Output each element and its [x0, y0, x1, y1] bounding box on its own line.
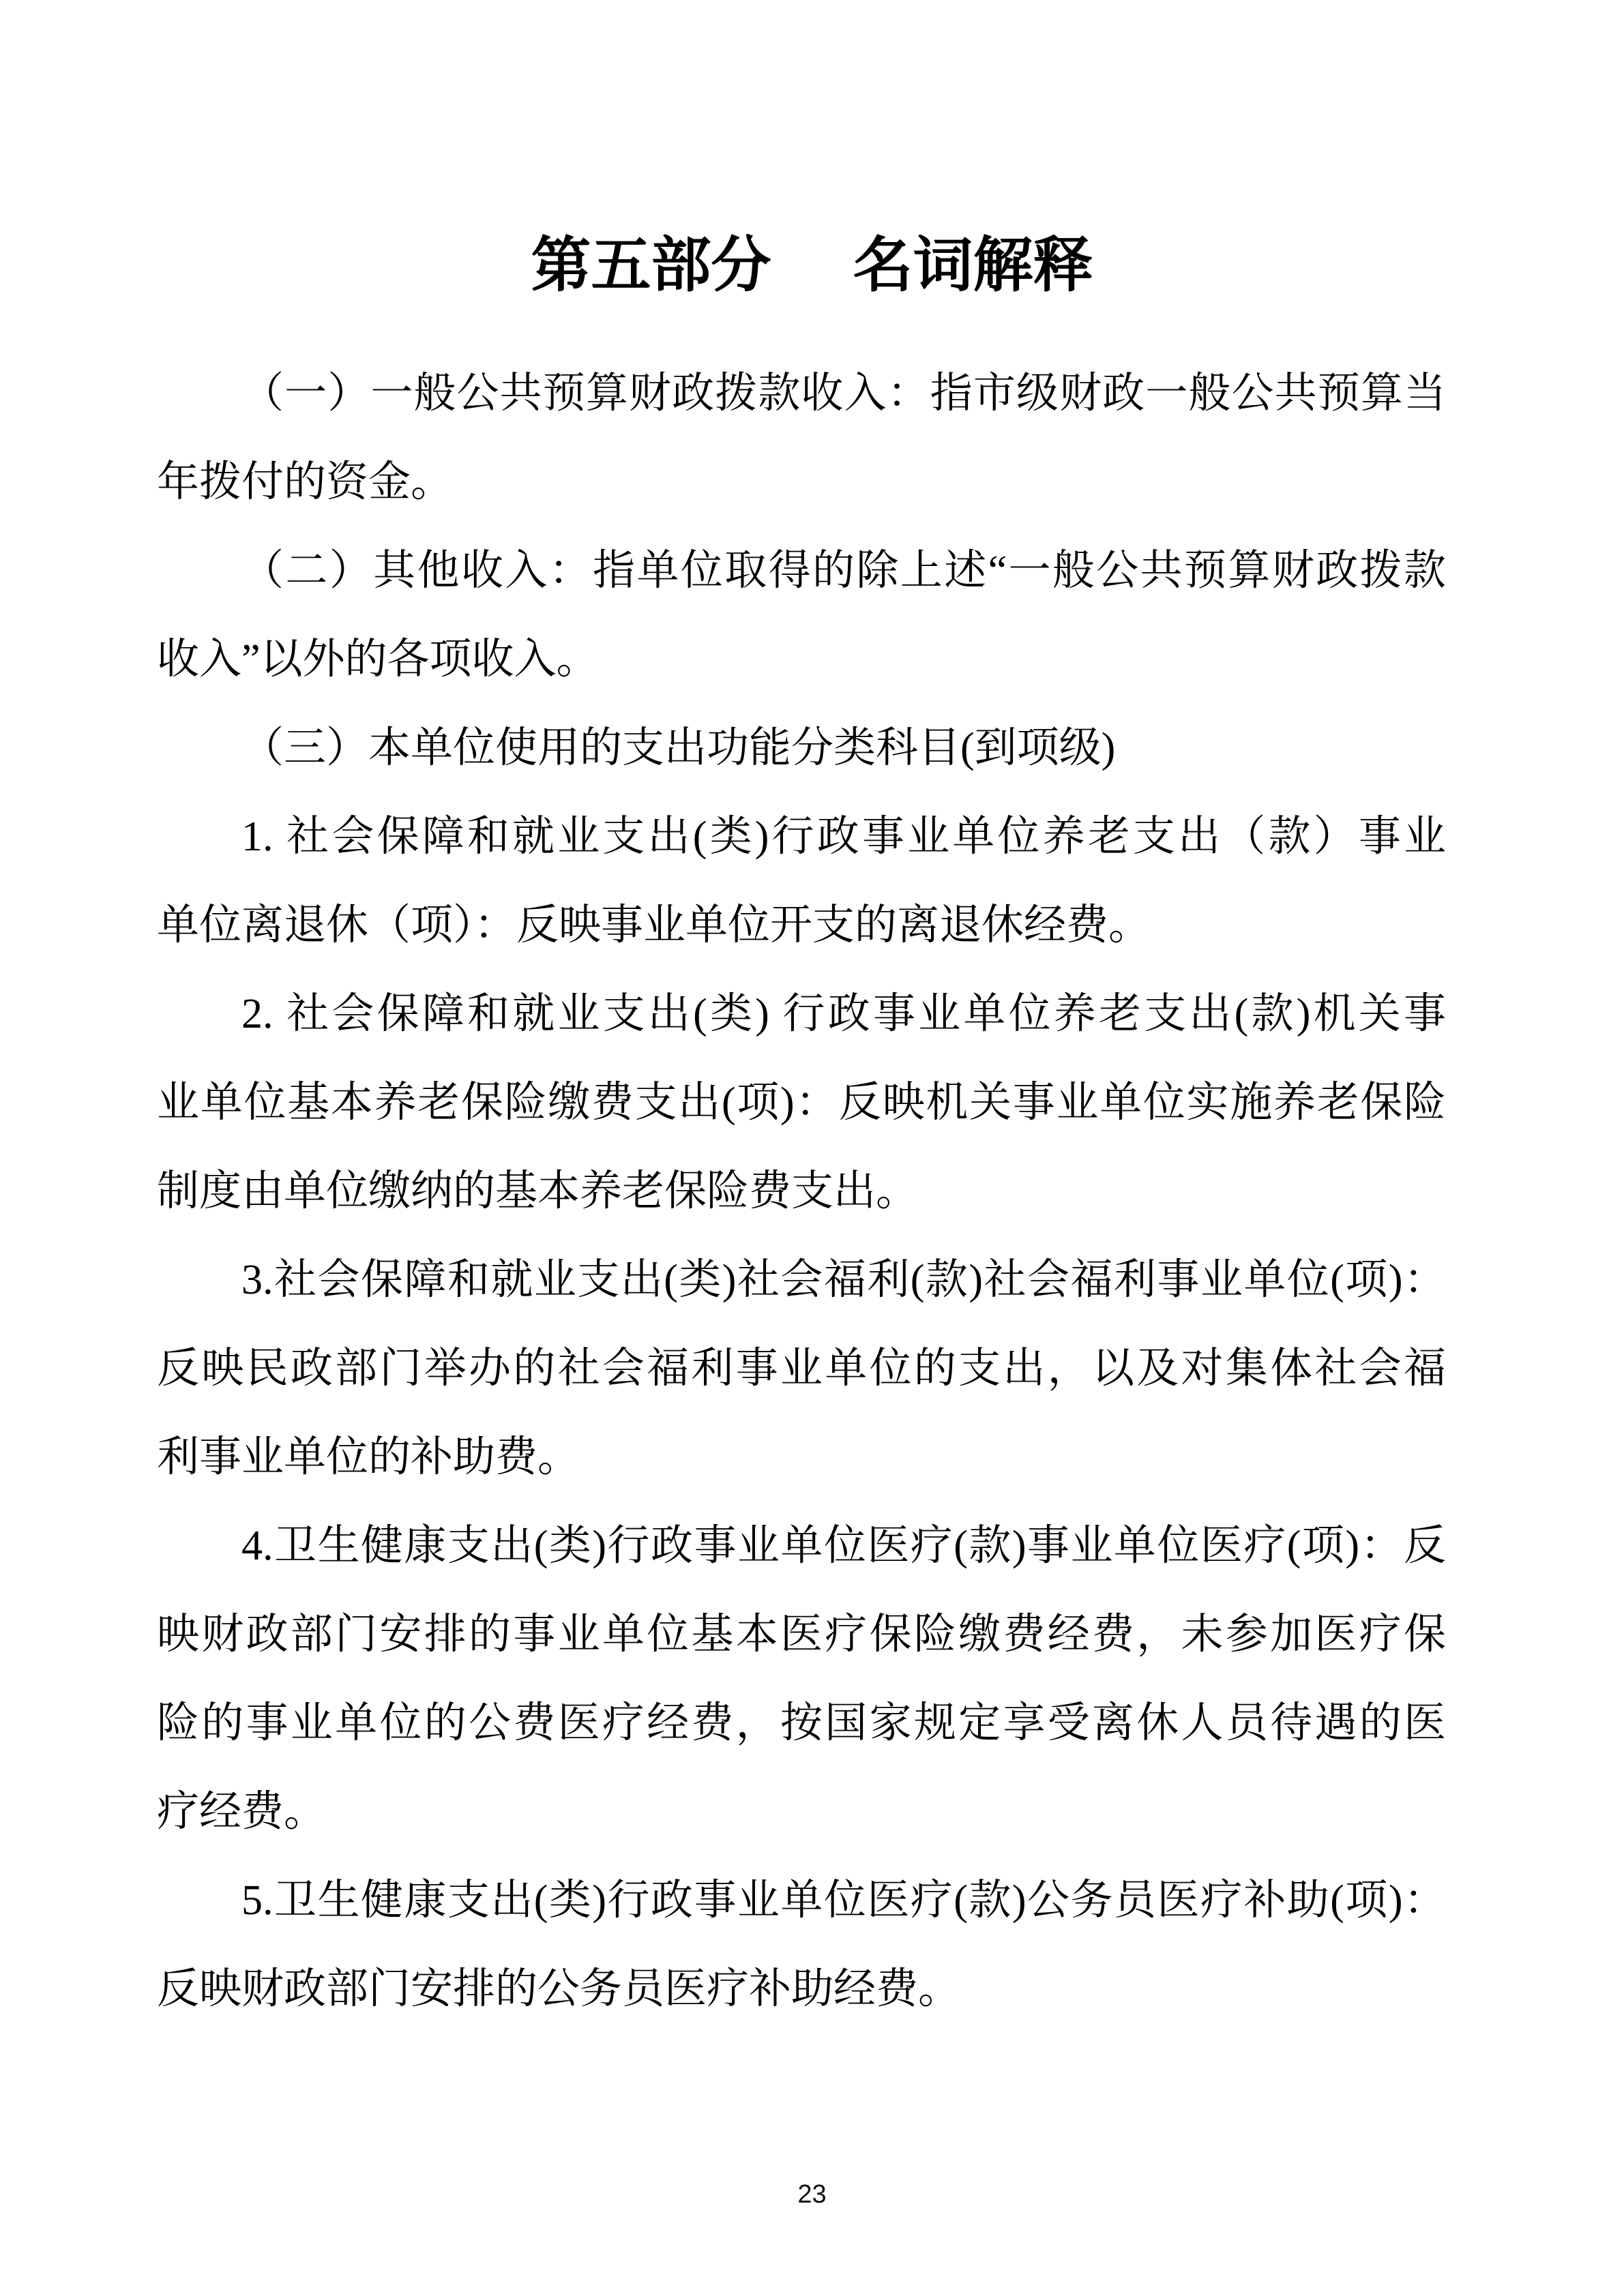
page-title-part-1: 第五部分 [531, 230, 771, 299]
page-title: 第五部分 名词解释 [0, 230, 1624, 299]
text-line: 制度由单位缴纳的基本养老保险费支出。 [157, 1147, 1446, 1236]
text-line: 反映财政部门安排的公务员医疗补助经费。 [157, 1945, 1446, 2033]
page-number: 23 [0, 2179, 1624, 2211]
document-body: （一）一般公共预算财政拨款收入：指市级财政一般公共预算当 年拨付的资金。 （二）… [157, 349, 1446, 2033]
text-line: 年拨付的资金。 [157, 438, 1446, 526]
document-page: 第五部分 名词解释 （一）一般公共预算财政拨款收入：指市级财政一般公共预算当 年… [0, 0, 1624, 2296]
text-line: 2. 社会保障和就业支出(类) 行政事业单位养老支出(款)机关事 [157, 970, 1446, 1058]
text-line: 反映民政部门举办的社会福利事业单位的支出，以及对集体社会福 [157, 1324, 1446, 1413]
text-line: 收入”以外的各项收入。 [157, 615, 1446, 704]
page-title-part-2: 名词解释 [853, 230, 1093, 299]
text-line: 险的事业单位的公费医疗经费，按国家规定享受离休人员待遇的医 [157, 1679, 1446, 1768]
text-line: 1. 社会保障和就业支出(类)行政事业单位养老支出（款）事业 [157, 792, 1446, 881]
text-line: 利事业单位的补助费。 [157, 1413, 1446, 1502]
text-line: 疗经费。 [157, 1768, 1446, 1856]
text-line: 映财政部门安排的事业单位基本医疗保险缴费经费，未参加医疗保 [157, 1590, 1446, 1679]
text-line: 5.卫生健康支出(类)行政事业单位医疗(款)公务员医疗补助(项)： [157, 1856, 1446, 1945]
text-line: 4.卫生健康支出(类)行政事业单位医疗(款)事业单位医疗(项)：反 [157, 1502, 1446, 1590]
text-line: （三）本单位使用的支出功能分类科目(到项级) [157, 704, 1446, 792]
text-line: 3.社会保障和就业支出(类)社会福利(款)社会福利事业单位(项)： [157, 1236, 1446, 1324]
text-line: （二）其他收入：指单位取得的除上述“一般公共预算财政拨款 [157, 526, 1446, 615]
text-line: 业单位基本养老保险缴费支出(项)：反映机关事业单位实施养老保险 [157, 1058, 1446, 1147]
text-line: （一）一般公共预算财政拨款收入：指市级财政一般公共预算当 [157, 349, 1446, 438]
text-line: 单位离退休（项）：反映事业单位开支的离退休经费。 [157, 881, 1446, 970]
